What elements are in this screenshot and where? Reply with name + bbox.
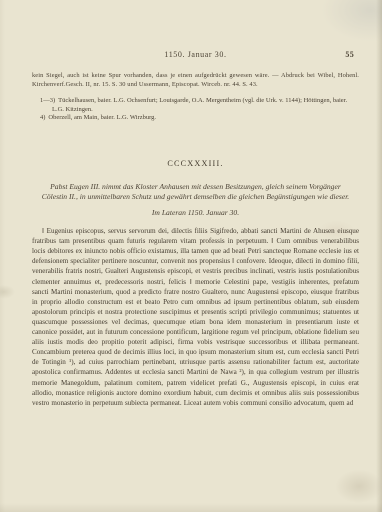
charter-dateline: Im Lateran 1150. Januar 30. [32,208,359,217]
running-header: 1150. Januar 30. 55 [32,50,359,61]
editorial-note: kein Siegel, auch ist keine Spur vorhand… [32,72,359,89]
charter-number-heading: CCCXXXIII. [32,159,359,168]
footnote-text: Oberzell, am Main, baier. L.G. Wirzburg. [48,114,156,121]
footnote-text: Tückelhausen, baier. L.G. Ochsenfurt; Lo… [52,97,347,113]
charter-body-text: ‖ Eugenius episcopus, servus servorum de… [32,226,359,408]
page-content: 1150. Januar 30. 55 kein Siegel, auch is… [32,50,359,408]
footnotes-block: 1—3)Tückelhausen, baier. L.G. Ochsenfurt… [32,97,359,123]
footnote-label: 4) [40,114,45,121]
charter-summary: Pabst Eugen III. nimmt das Kloster Anhau… [32,182,359,202]
footnote-item: 4)Oberzell, am Main, baier. L.G. Wirzbur… [32,114,359,123]
running-header-date: 1150. Januar 30. [32,50,359,59]
page-number: 55 [345,50,354,59]
footnote-item: 1—3)Tückelhausen, baier. L.G. Ochsenfurt… [32,97,359,114]
footnote-label: 1—3) [40,97,55,104]
scanned-book-page: 1150. Januar 30. 55 kein Siegel, auch is… [0,0,382,512]
